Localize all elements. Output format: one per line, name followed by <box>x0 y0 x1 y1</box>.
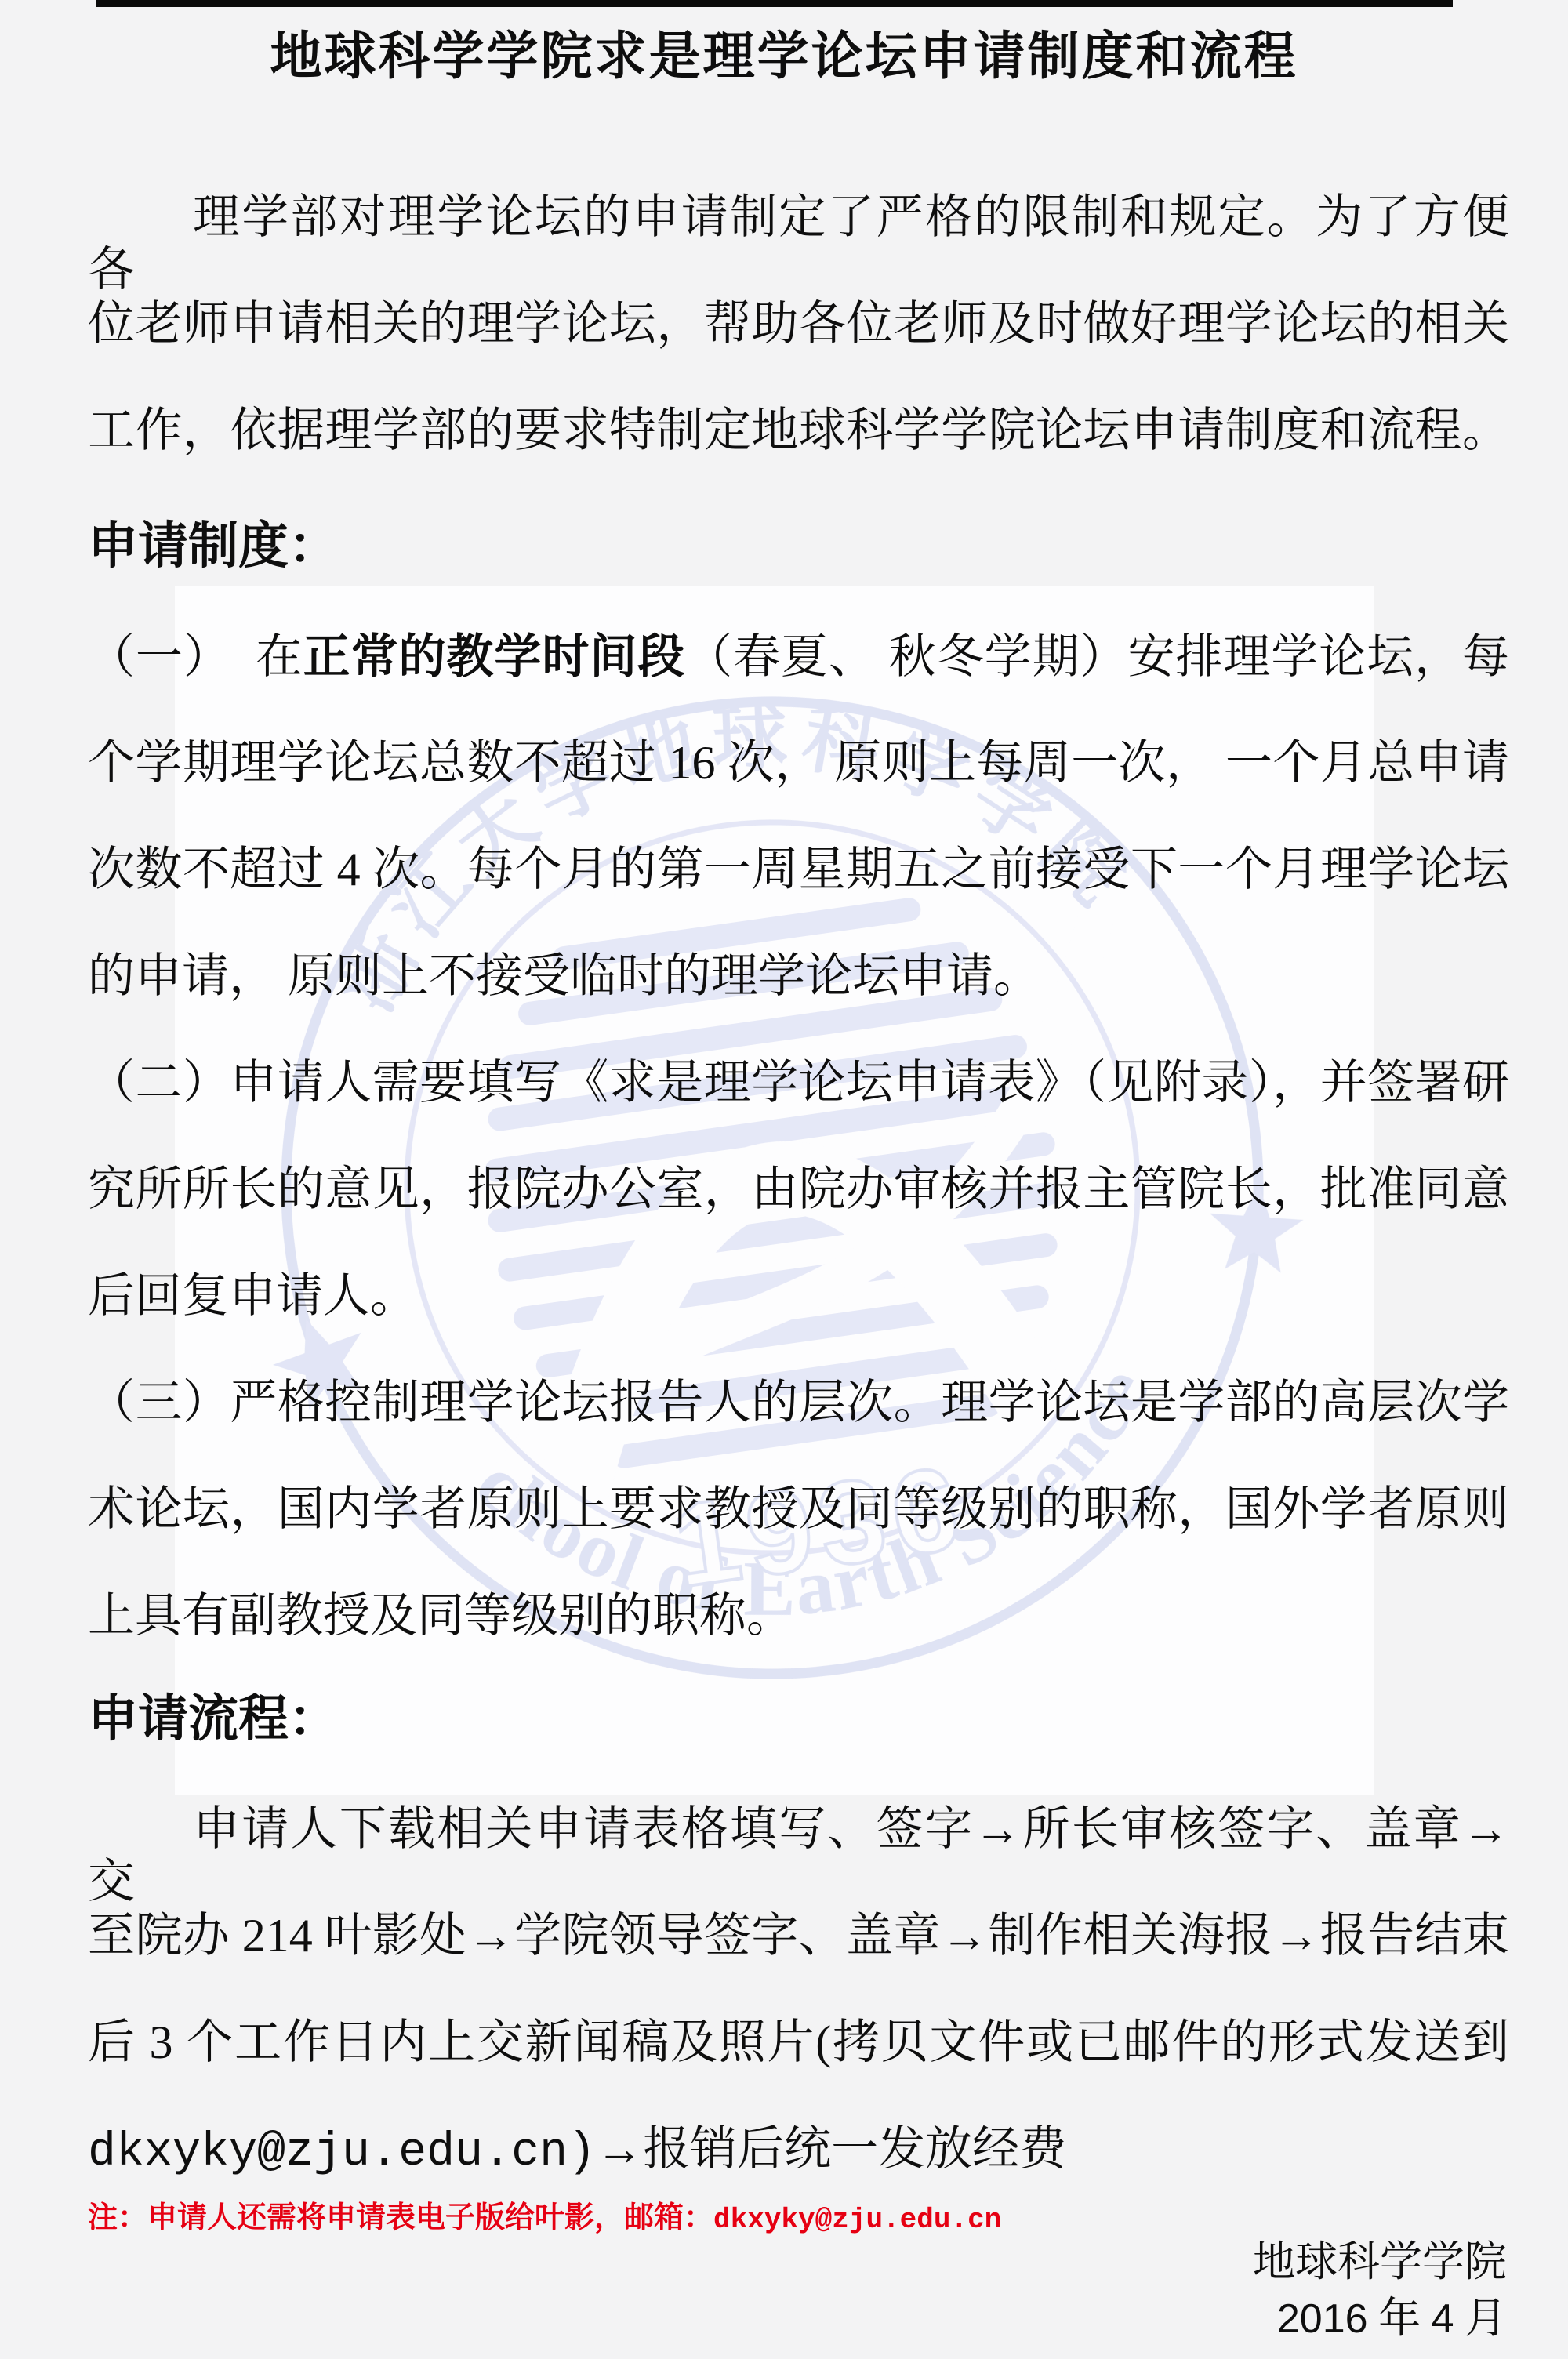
document-page: 浙江大学地球科学学院 School of Earth Sciences 1936… <box>0 0 1568 2359</box>
item2-line-3: 后回复申请人。 <box>88 1270 1509 1323</box>
red-note-email: dkxyky@zju.edu.cn <box>713 2204 1001 2236</box>
process-line-3: 后 3 个工作日内上交新闻稿及照片(拷贝文件或已邮件的形式发送到 <box>88 2016 1509 2069</box>
item1-line-1: （一） 在正常的教学时间段（春夏、 秋冬学期）安排理学论坛，每 <box>88 630 1509 684</box>
process-line-2: 至院办 214 叶影处→学院领导签字、盖章→制作相关海报→报告结束 <box>88 1910 1509 1962</box>
item2-line-1: （二）申请人需要填写《求是理学论坛申请表》（见附录），并签署研 <box>88 1057 1509 1109</box>
intro-line-1: 理学部对理学论坛的申请制定了严格的限制和规定。为了方便各 <box>88 191 1509 296</box>
item3-line-3: 上具有副教授及同等级别的职称。 <box>88 1590 1509 1642</box>
page-title: 地球科学学院求是理学论坛申请制度和流程 <box>0 30 1568 82</box>
item1-line-4: 的申请， 原则上不接受临时的理学论坛申请。 <box>88 950 1509 1003</box>
footer-date: 2016 年 4 月 <box>1277 2297 1507 2339</box>
item2-line-2: 究所所长的意见，报院办公室，由院办审核并报主管院长，批准同意 <box>88 1163 1509 1216</box>
item3-line-1: （三）严格控制理学论坛报告人的层次。理学论坛是学部的高层次学 <box>88 1377 1509 1429</box>
footer-year-label: 年 <box>1378 2295 1421 2342</box>
process-line-4: dkxyky@zju.edu.cn)→报销后统一发放经费 <box>88 2123 1509 2179</box>
item1-line-2: 个学期理学论坛总数不超过 16 次， 原则上每周一次， 一个月总申请 <box>88 737 1509 789</box>
intro-line-2: 位老师申请相关的理学论坛，帮助各位老师及时做好理学论坛的相关 <box>88 298 1509 350</box>
item1-line-3: 次数不超过 4 次。每个月的第一周星期五之前接受下一个月理学论坛 <box>88 844 1509 896</box>
section-heading-application-process: 申请流程： <box>88 1693 339 1744</box>
item1-line1-bold-phrase: 正常的教学时间段 <box>303 630 685 683</box>
red-note-label: 注：申请人还需将申请表电子版给叶影，邮箱： <box>88 2201 713 2234</box>
item1-line1-pre: （一） 在 <box>88 631 303 683</box>
item3-line-2: 术论坛，国内学者原则上要求教授及同等级别的职称，国外学者原则 <box>88 1483 1509 1536</box>
top-border-bar <box>96 0 1453 7</box>
item1-line1-post: （春夏、 秋冬学期）安排理学论坛，每 <box>685 631 1509 683</box>
process-line-1: 申请人下载相关申请表格填写、签字→所长审核签字、盖章→交 <box>88 1803 1509 1908</box>
footer-organization: 地球科学学院 <box>1253 2241 1507 2283</box>
intro-line-3: 工作，依据理学部的要求特制定地球科学学院论坛申请制度和流程。 <box>88 405 1509 457</box>
process-line4-rest: →报销后统一发放经费 <box>596 2123 1066 2175</box>
process-email-text: dkxyky@zju.edu.cn) <box>88 2126 596 2179</box>
red-note: 注：申请人还需将申请表电子版给叶影，邮箱：dkxyky@zju.edu.cn <box>88 2203 1001 2234</box>
footer-month-label: 月 <box>1465 2295 1507 2342</box>
footer-year-number: 2016 <box>1277 2296 1368 2342</box>
footer-month-number: 4 <box>1432 2296 1454 2342</box>
section-heading-application-system: 申请制度： <box>88 521 339 571</box>
